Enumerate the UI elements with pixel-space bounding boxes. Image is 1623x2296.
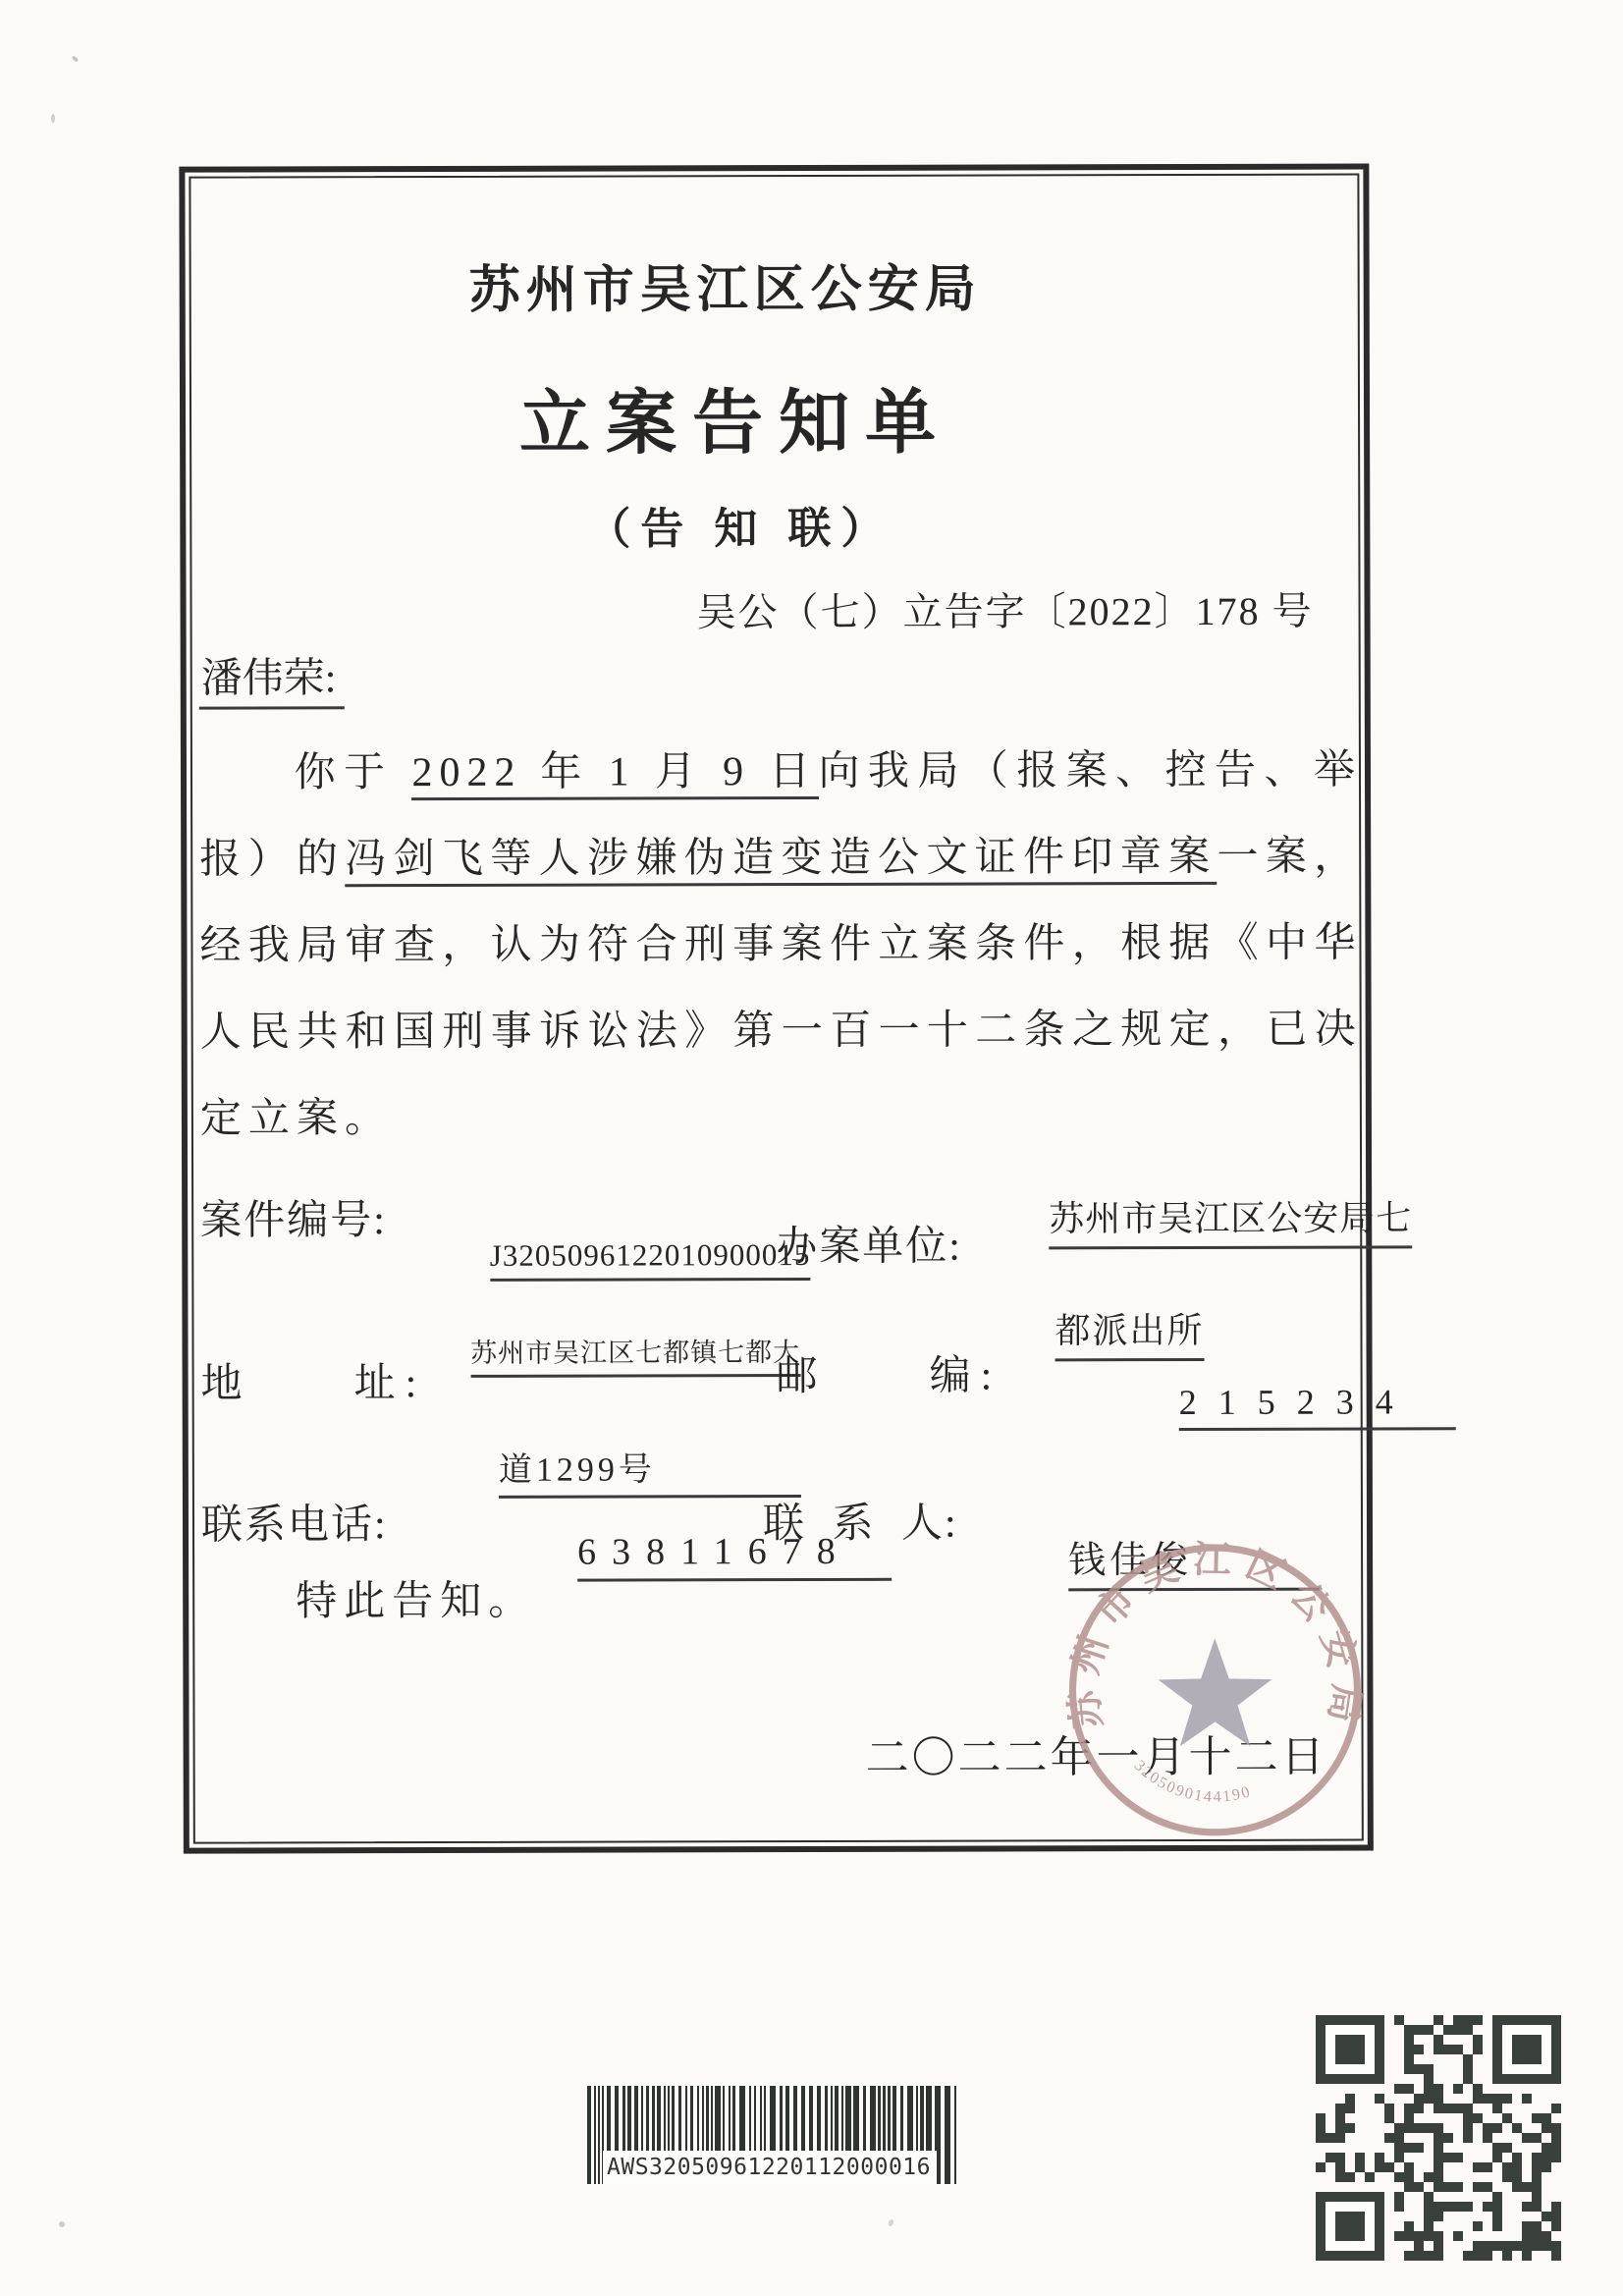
body-text-segment: 你于 — [295, 750, 412, 795]
closing-statement: 特此告知。 — [296, 1568, 536, 1628]
scan-artifact — [51, 114, 55, 123]
handling-unit-line1-text: 苏州市吴江区公安局七 — [1049, 1190, 1412, 1249]
contact-label: 联 系 人: — [763, 1491, 958, 1551]
case-number-label: 案件编号: — [200, 1187, 387, 1246]
seal-code-text-path: 3205090144190 — [1131, 1756, 1254, 1806]
postcode-value-text: 215234 — [1179, 1381, 1456, 1431]
scanned-document-page: 苏州市吴江区公安局 立案告知单 （告 知 联） 吴公（七）立告字〔2022〕17… — [0, 0, 1623, 2296]
barcode-label: AWS32050961220112000016 — [603, 2151, 937, 2184]
org-title: 苏州市吴江区公安局 — [131, 246, 1321, 323]
postcode-label: 邮 编: — [777, 1342, 1002, 1402]
official-seal: 苏州市吴江区公安局 3205090144190 — [1065, 1537, 1365, 1844]
document-number: 吴公（七）立告字〔2022〕178 号 — [180, 580, 1370, 639]
address-value-line1: 苏州市吴江区七都镇七都大 — [424, 1300, 800, 1408]
handling-unit-label: 办案单位: — [776, 1214, 962, 1273]
document-sheet: 苏州市吴江区公安局 立案告知单 （告 知 联） 吴公（七）立告字〔2022〕17… — [0, 0, 1623, 2296]
qr-code — [1316, 2015, 1561, 2261]
barcode: AWS32050961220112000016 — [587, 2086, 966, 2188]
seal-star-icon — [1158, 1638, 1271, 1746]
recipient-name: 潘伟荣: — [199, 645, 345, 704]
body-underlined-segment: 冯剑飞等人涉嫌伪造变造公文证件印章案 — [345, 835, 1217, 887]
body-underlined-segment: 2022 年 1 月 9 日 — [411, 749, 818, 800]
address-label: 地 址: — [201, 1350, 427, 1410]
copy-label: （告 知 联） — [145, 492, 1335, 558]
case-number-value-text: J3205096122010900015 — [490, 1237, 811, 1282]
body-paragraph: 你于 2022 年 1 月 9 日向我局（报案、控告、举报）的冯剑飞等人涉嫌伪造… — [199, 728, 1363, 1163]
scan-artifact — [59, 2221, 65, 2227]
page-title: 立案告知单 — [140, 364, 1330, 469]
recipient-name-text: 潘伟荣: — [199, 656, 345, 709]
postcode-value: 215234 — [997, 1339, 1456, 1472]
address-line1-text: 苏州市吴江区七都镇七都大 — [470, 1331, 800, 1378]
seal-code-text: 3205090144190 — [1131, 1756, 1254, 1806]
phone-label: 联系电话: — [201, 1492, 388, 1551]
